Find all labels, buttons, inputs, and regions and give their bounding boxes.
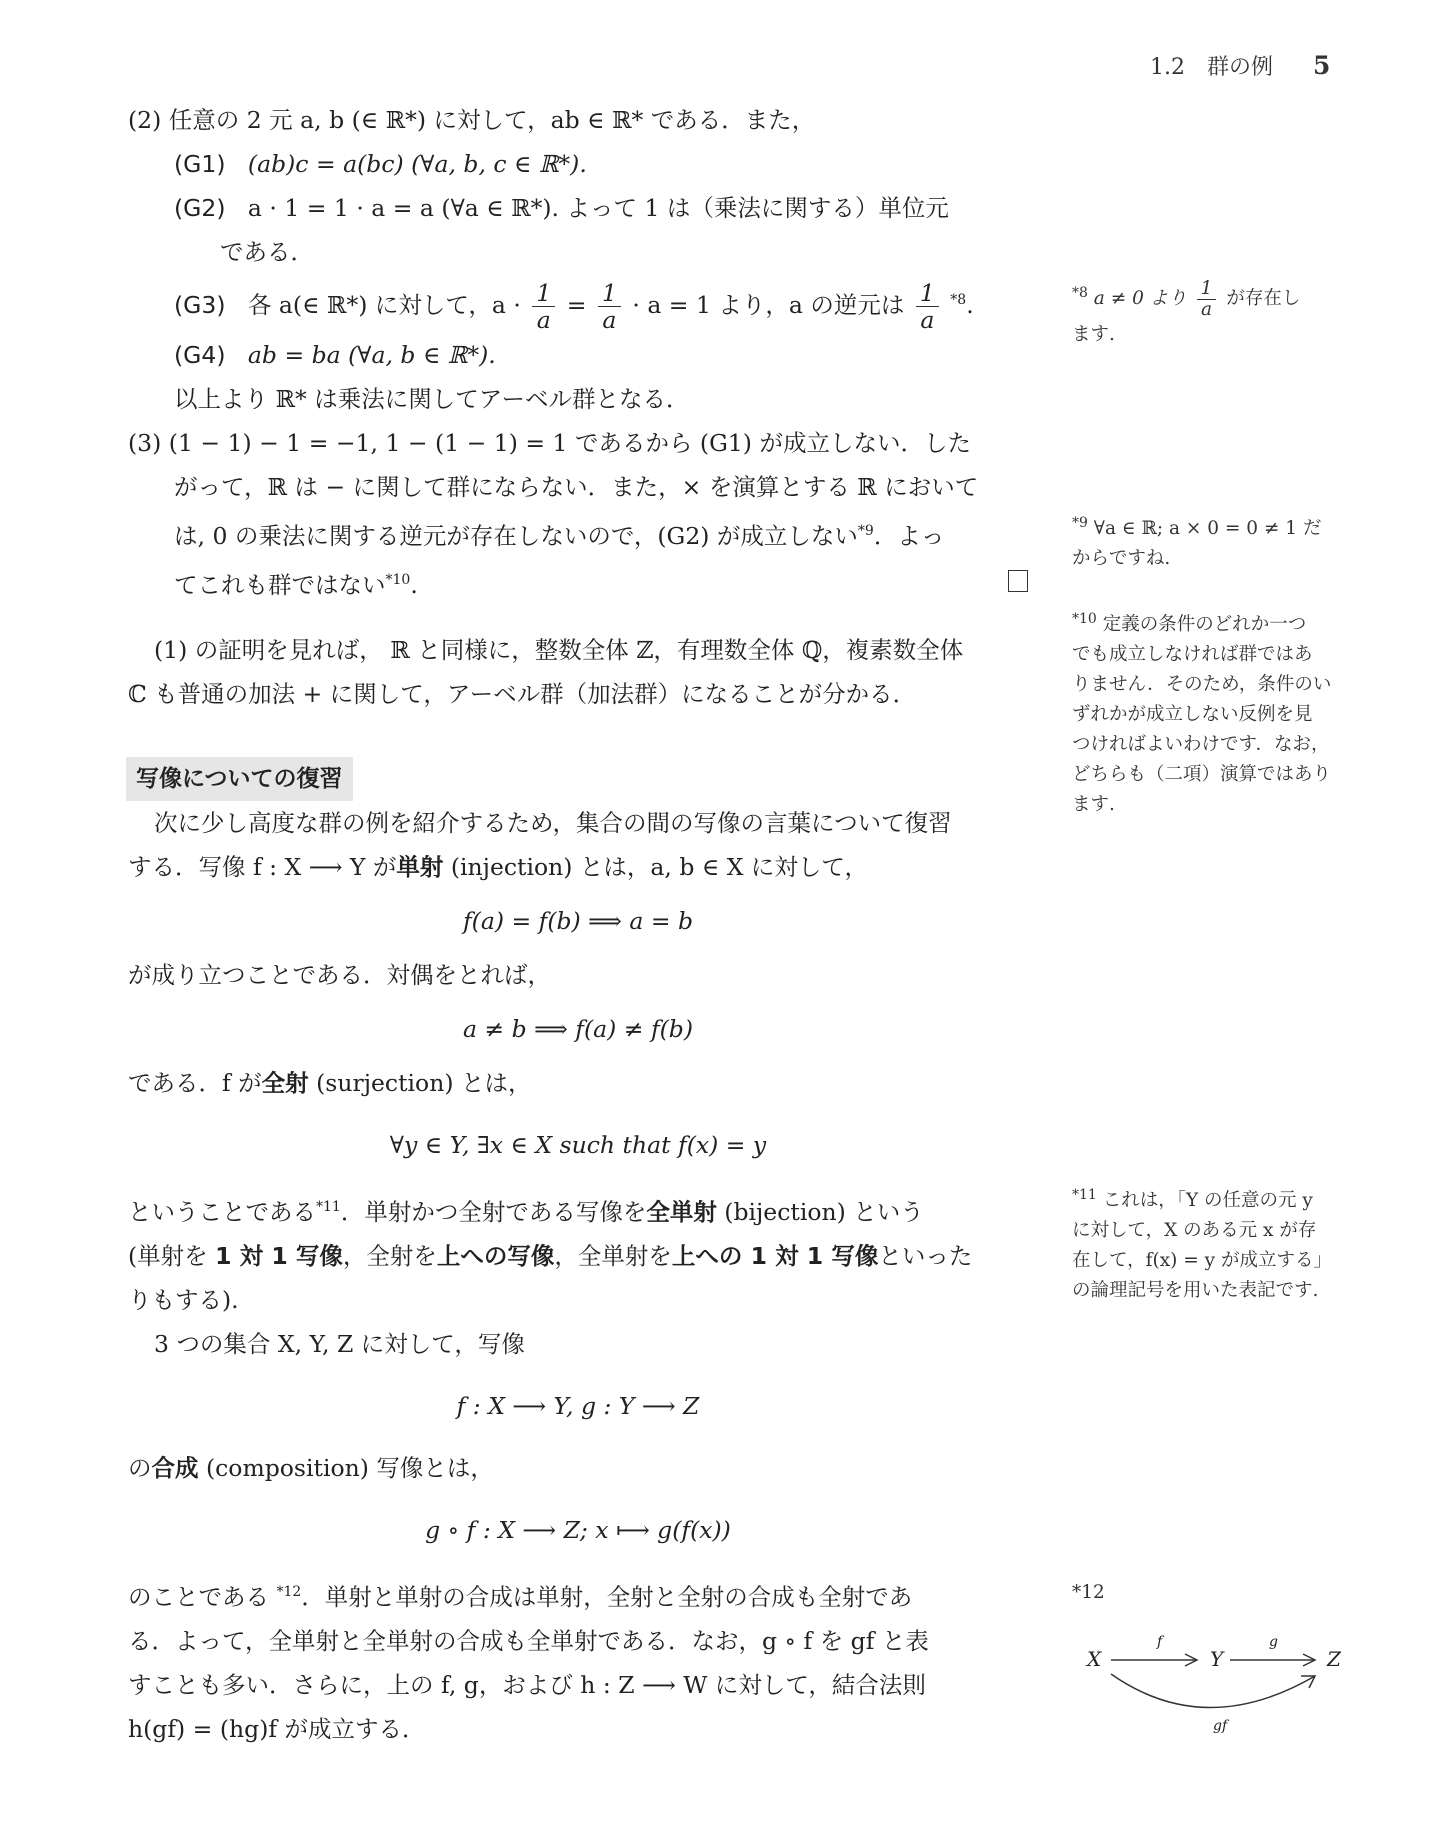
qed-box-icon <box>1008 570 1028 592</box>
paragraph-2-line2: する．写像 f : X ⟶ Y が単射 (injection) とは，a, b … <box>128 845 1028 889</box>
fraction: 1a <box>598 280 621 333</box>
footnote-ref-12[interactable]: *12 <box>276 1584 301 1600</box>
section-title: 群の例 <box>1207 50 1273 81</box>
item-2-conclusion: 以上より ℝ* は乗法に関してアーベル群となる． <box>128 377 1028 421</box>
axiom-g4: (G4) ab = ba (∀a, b ∈ ℝ*). <box>128 333 1028 377</box>
arrow-label-gf: gf <box>1213 1718 1230 1734</box>
paragraph-3: が成り立つことである．対偶をとれば， <box>128 953 1028 997</box>
paragraph-8-line1: のことである *12．単射と単射の合成は単射，全射と全射の合成も全射であ <box>128 1570 1028 1619</box>
sidenote-8: *8 a ≠ 0 より 1a が存在し ます. <box>1072 278 1372 350</box>
arrow-label-f: f <box>1156 1634 1165 1650</box>
item-3-line3: は, 0 の乗法に関する逆元が存在しないので，(G2) が成立しない*9．よっ <box>128 509 1028 558</box>
node-y: Y <box>1210 1647 1225 1671</box>
fraction: 1a <box>916 280 939 333</box>
section-heading: 写像についての復習 <box>126 757 353 801</box>
equation-composition: g ∘ f : X ⟶ Z; x ⟼ g(f(x)) <box>128 1490 1028 1570</box>
footnote-ref-8[interactable]: *8 <box>950 292 966 308</box>
paragraph-5-line1: ということである*11．単射かつ全射である写像を全単射 (bijection) … <box>128 1185 1028 1234</box>
sidenote-9: *9 ∀a ∈ ℝ; a × 0 = 0 ≠ 1 だ からですね. <box>1072 508 1372 574</box>
equation-contrapositive: a ≠ b ⟹ f(a) ≠ f(b) <box>128 997 1028 1061</box>
paragraph-4: である．f が全射 (surjection) とは， <box>128 1061 1028 1105</box>
paragraph-8-line2: る．よって，全単射と全単射の合成も全単射である．なお，g ∘ f を gf と表 <box>128 1619 1028 1663</box>
section-number: 1.2 <box>1150 55 1185 80</box>
arrow-label-g: g <box>1269 1634 1278 1650</box>
arrow-gf-icon <box>1111 1674 1315 1708</box>
paragraph-7: の合成 (composition) 写像とは， <box>128 1446 1028 1490</box>
paragraph-5-line2: (単射を 1 対 1 写像，全射を上への写像，全単射を上への 1 対 1 写像と… <box>128 1234 1028 1278</box>
node-z: Z <box>1326 1647 1342 1671</box>
equation-injection: f(a) = f(b) ⟹ a = b <box>128 889 1028 953</box>
main-text: (2) 任意の 2 元 a, b (∈ ℝ*) に対して，ab ∈ ℝ* である… <box>128 98 1028 1751</box>
sidenote-11: *11 これは，「Y の任意の元 y に対して，X のある元 x が存 在して，… <box>1072 1180 1372 1306</box>
running-header: 1.2 群の例 5 <box>1150 50 1330 81</box>
axiom-g3: (G3) 各 a(∈ ℝ*) に対して，a · 1a = 1a · a = 1 … <box>128 274 1028 333</box>
footnote-ref-11[interactable]: *11 <box>316 1199 341 1215</box>
axiom-g2: (G2) a · 1 = 1 · a = a (∀a ∈ ℝ*). よって 1 … <box>128 186 1028 230</box>
paragraph-8-line3: すことも多い．さらに，上の f, g，および h : Z ⟶ W に対して，結合… <box>128 1663 1028 1707</box>
footnote-ref-9[interactable]: *9 <box>858 523 874 539</box>
commutative-diagram: X Y Z f g gf <box>1085 1630 1345 1740</box>
equation-surjection: ∀y ∈ Y, ∃x ∈ X such that f(x) = y <box>128 1105 1028 1185</box>
paragraph-5-line3: りもする). <box>128 1278 1028 1322</box>
page-number: 5 <box>1313 51 1330 80</box>
item-3-line2: がって，ℝ は − に関して群にならない．また，× を演算とする ℝ において <box>128 465 1028 509</box>
item-2-intro: (2) 任意の 2 元 a, b (∈ ℝ*) に対して，ab ∈ ℝ* である… <box>128 98 1028 142</box>
node-x: X <box>1085 1647 1102 1671</box>
item-3-line4: てこれも群ではない*10. <box>128 558 1028 607</box>
paragraph-2-line1: 次に少し高度な群の例を紹介するため，集合の間の写像の言葉について復習 <box>128 801 1028 845</box>
axiom-g1: (G1) (ab)c = a(bc) (∀a, b, c ∈ ℝ*). <box>128 142 1028 186</box>
axiom-g2-cont: である． <box>128 230 1028 274</box>
fraction: 1a <box>532 280 555 333</box>
paragraph-1-line2: ℂ も普通の加法 + に関して，アーベル群（加法群）になることが分かる． <box>128 672 1028 716</box>
sidenote-12: *12 <box>1072 1578 1372 1608</box>
paragraph-8-line4: h(gf) = (hg)f が成立する． <box>128 1707 1028 1751</box>
document-page: 1.2 群の例 5 (2) 任意の 2 元 a, b (∈ ℝ*) に対して，a… <box>0 0 1433 1827</box>
equation-maps: f : X ⟶ Y, g : Y ⟶ Z <box>128 1366 1028 1446</box>
footnote-ref-10[interactable]: *10 <box>386 572 411 588</box>
paragraph-6: 3 つの集合 X, Y, Z に対して，写像 <box>128 1322 1028 1366</box>
sidenote-10: *10 定義の条件のどれか一つ でも成立しなければ群ではあ りません．そのため，… <box>1072 604 1372 820</box>
item-3-line1: (3) (1 − 1) − 1 = −1, 1 − (1 − 1) = 1 であ… <box>128 421 1028 465</box>
fraction: 1a <box>1197 279 1217 320</box>
paragraph-1-line1: (1) の証明を見れば， ℝ と同様に，整数全体 ℤ，有理数全体 ℚ，複素数全体 <box>128 628 1028 672</box>
